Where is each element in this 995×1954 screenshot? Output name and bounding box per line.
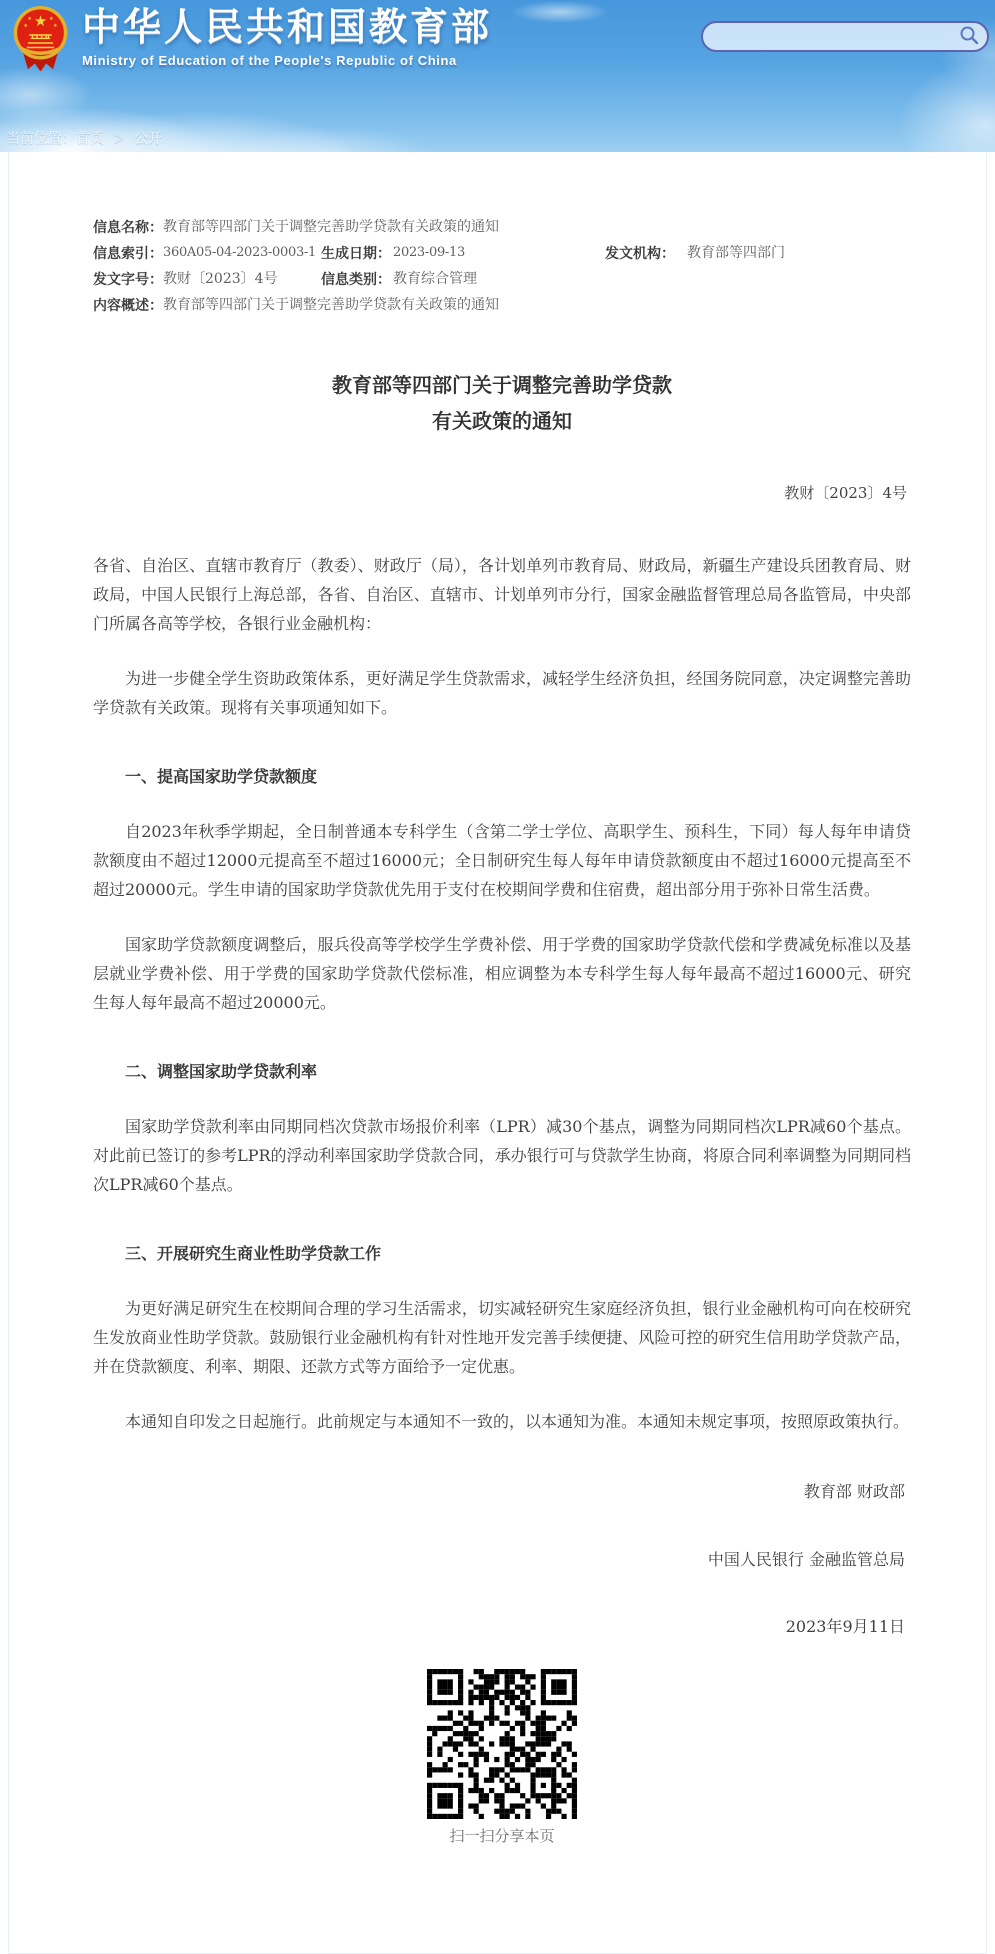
breadcrumb-home-link[interactable]: 首页 xyxy=(76,130,104,146)
breadcrumb: 当前位置：首页＞公开 xyxy=(6,128,162,148)
breadcrumb-label: 当前位置： xyxy=(6,130,76,146)
search-input[interactable] xyxy=(715,28,957,46)
meta-issuer-value: 教育部等四部门 xyxy=(687,240,911,266)
intro-paragraph: 为进一步健全学生资助政策体系，更好满足学生贷款需求，减轻学生经济负担，经国务院同… xyxy=(93,664,911,722)
signature-agencies-2: 中国人民银行 金融监管总局 xyxy=(93,1550,911,1570)
meta-name-value: 教育部等四部门关于调整完善助学贷款有关政策的通知 xyxy=(163,214,911,240)
svg-text:★: ★ xyxy=(34,13,47,30)
site-title-cn: 中华人民共和国教育部 xyxy=(82,5,492,51)
closing-paragraph: 本通知自印发之日起施行。此前规定与本通知不一致的，以本通知为准。本通知未规定事项… xyxy=(93,1407,911,1436)
meta-date-label: 生成日期： xyxy=(321,240,393,266)
section2-paragraph-1: 国家助学贷款利率由同期同档次贷款市场报价利率（LPR）减30个基点，调整为同期同… xyxy=(93,1112,911,1199)
document-title-line1: 教育部等四部门关于调整完善助学贷款 xyxy=(93,368,911,404)
meta-summary-label: 内容概述： xyxy=(93,292,163,318)
svg-text:★: ★ xyxy=(27,16,32,22)
svg-text:★: ★ xyxy=(53,23,58,29)
document-title: 教育部等四部门关于调整完善助学贷款 有关政策的通知 xyxy=(93,368,911,440)
signature-date: 2023年9月11日 xyxy=(93,1617,911,1637)
meta-issuer-label: 发文机构： xyxy=(605,240,687,266)
document-number: 教财〔2023〕4号 xyxy=(93,482,911,503)
breadcrumb-separator-icon: ＞ xyxy=(113,132,125,146)
site-title-block: 中华人民共和国教育部 Ministry of Education of the … xyxy=(82,5,492,68)
search-button[interactable] xyxy=(957,25,981,49)
breadcrumb-current-link[interactable]: 公开 xyxy=(134,130,162,146)
national-emblem-icon: ★ ★ ★ ★ ★ xyxy=(12,5,69,77)
document-title-line2: 有关政策的通知 xyxy=(93,404,911,440)
search-box xyxy=(701,21,989,52)
section-heading-3: 三、开展研究生商业性助学贷款工作 xyxy=(93,1239,911,1268)
meta-category-label: 信息类别： xyxy=(321,266,393,292)
content-card: 信息名称： 教育部等四部门关于调整完善助学贷款有关政策的通知 信息索引： 360… xyxy=(8,152,987,1954)
section1-paragraph-1: 自2023年秋季学期起，全日制普通本专科学生（含第二学士学位、高职学生、预科生，… xyxy=(93,817,911,904)
section1-paragraph-2: 国家助学贷款额度调整后，服兵役高等学校学生学费补偿、用于学费的国家助学贷款代偿和… xyxy=(93,930,911,1017)
meta-docnum-value: 教财〔2023〕4号 xyxy=(163,266,321,292)
svg-text:★: ★ xyxy=(49,16,54,22)
meta-date-value: 2023-09-13 xyxy=(393,240,605,266)
meta-name-label: 信息名称： xyxy=(93,214,163,240)
meta-summary-value: 教育部等四部门关于调整完善助学贷款有关政策的通知 xyxy=(163,292,911,318)
qr-share-label: 扫一扫分享本页 xyxy=(93,1825,911,1846)
section-heading-2: 二、调整国家助学贷款利率 xyxy=(93,1057,911,1086)
meta-index-value: 360A05-04-2023-0003-1 xyxy=(163,240,321,266)
page: ★ ★ ★ ★ ★ 中华人民共和国教育部 Mi xyxy=(0,0,995,1954)
search-icon xyxy=(959,25,979,48)
meta-docnum-label: 发文字号： xyxy=(93,266,163,292)
document-area: 信息名称： 教育部等四部门关于调整完善助学贷款有关政策的通知 信息索引： 360… xyxy=(93,152,911,1846)
site-header: ★ ★ ★ ★ ★ 中华人民共和国教育部 Mi xyxy=(0,0,995,152)
site-title-en: Ministry of Education of the People's Re… xyxy=(82,53,492,68)
qr-code xyxy=(427,1669,577,1819)
document-metadata-table: 信息名称： 教育部等四部门关于调整完善助学贷款有关政策的通知 信息索引： 360… xyxy=(93,214,911,318)
share-section: 扫一扫分享本页 xyxy=(93,1669,911,1846)
meta-category-value: 教育综合管理 xyxy=(393,266,605,292)
document-body: 各省、自治区、直辖市教育厅（教委）、财政厅（局），各计划单列市教育局、财政局，新… xyxy=(93,551,911,1436)
section-heading-1: 一、提高国家助学贷款额度 xyxy=(93,762,911,791)
addressee-paragraph: 各省、自治区、直辖市教育厅（教委）、财政厅（局），各计划单列市教育局、财政局，新… xyxy=(93,551,911,638)
meta-index-label: 信息索引： xyxy=(93,240,163,266)
section3-paragraph-1: 为更好满足研究生在校期间合理的学习生活需求，切实减轻研究生家庭经济负担，银行业金… xyxy=(93,1294,911,1381)
signature-agencies-1: 教育部 财政部 xyxy=(93,1482,911,1502)
svg-text:★: ★ xyxy=(23,23,28,29)
site-logo-link[interactable]: ★ ★ ★ ★ ★ 中华人民共和国教育部 Mi xyxy=(12,5,492,77)
